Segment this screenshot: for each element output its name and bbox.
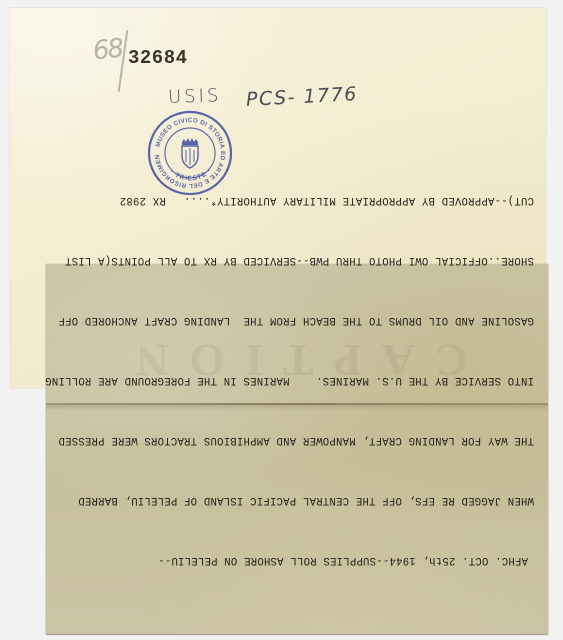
- typed-caption: AFHC. OCT. 25th, 1944--SUPPLIES ROLL ASH…: [62, 420, 534, 610]
- caption-line-1: AFHC. OCT. 25th, 1944--SUPPLIES ROLL ASH…: [62, 550, 534, 570]
- caption-line-4: INTO SERVICE BY THE U.S. MARINES. MARINE…: [62, 370, 534, 390]
- caption-line-6: SHORE..OFFICIAL OWI PHOTO THRU PWB--SERV…: [62, 250, 534, 270]
- handwritten-reference: PCS- 1776: [246, 83, 359, 111]
- caption-strip: CAPTION AFHC. OCT. 25th, 1944--SUPPLIES …: [46, 264, 548, 634]
- rx-code: RX 2982: [120, 190, 166, 210]
- handwritten-source: USIS: [168, 85, 222, 108]
- caption-line-2: WHEN JAGGED RE EFS, OFF THE CENTRAL PACI…: [62, 490, 534, 510]
- stock-number: 32684: [128, 47, 188, 69]
- approval-line: CUT)--APPROVED BY APPROPRIATE MILITARY A…: [184, 194, 534, 206]
- pencil-annotation: 68: [92, 34, 124, 67]
- caption-line-5: GASOLINE AND OIL DRUMS TO THE BEACH FROM…: [62, 310, 534, 330]
- caption-line-3: THE WAY FOR LANDING CRAFT, MANPOWER AND …: [62, 430, 534, 450]
- caption-line-7: CUT)--APPROVED BY APPROPRIATE MILITARY A…: [62, 190, 534, 210]
